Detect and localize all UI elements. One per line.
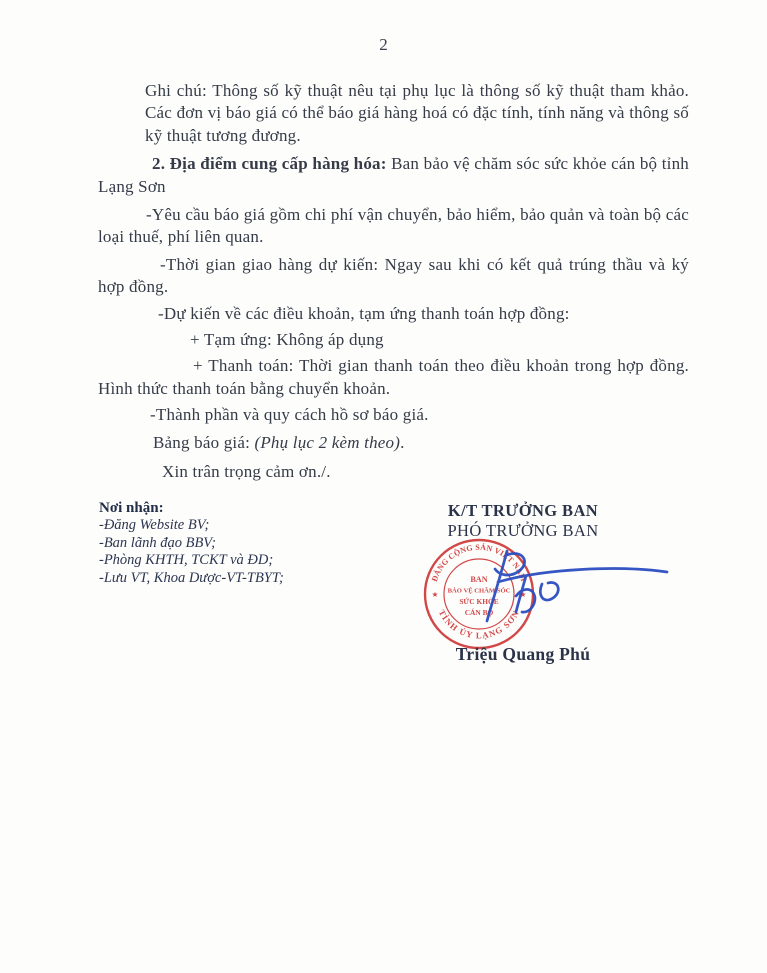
contract-terms-paragraph: -Dự kiến về các điều khoản, tạm ứng than…	[98, 303, 689, 325]
price-table-paragraph: Bảng báo giá: (Phụ lục 2 kèm theo).	[98, 432, 689, 454]
note-paragraph: Ghi chú: Thông số kỹ thuật nêu tại phụ l…	[145, 80, 689, 147]
recipient-item: -Ban lãnh đạo BBV;	[99, 535, 399, 553]
recipient-item: -Đăng Website BV;	[99, 517, 399, 535]
signature-loop-stroke	[495, 553, 525, 575]
quote-requirement-paragraph: -Yêu cầu báo giá gồm chi phí vận chuyển,…	[98, 204, 689, 249]
signature-o-stroke	[540, 583, 558, 601]
payment-terms-paragraph: + Thanh toán: Thời gian thanh toán theo …	[98, 355, 689, 400]
price-table-appendix-ref: (Phụ lục 2 kèm theo)	[254, 433, 400, 452]
delivery-location-paragraph: 2. Địa điểm cung cấp hàng hóa: Ban bảo v…	[98, 153, 689, 198]
recipient-item: -Lưu VT, Khoa Dược-VT-TBYT;	[99, 570, 399, 588]
delivery-location-heading: 2. Địa điểm cung cấp hàng hóa:	[152, 154, 387, 173]
signer-name: Triệu Quang Phú	[418, 644, 628, 665]
signature-flourish-stroke	[498, 569, 667, 582]
closing-thanks-paragraph: Xin trân trọng cảm ơn./.	[98, 461, 689, 483]
signer-role-delegation: K/T TRƯỞNG BAN	[418, 501, 628, 521]
signature-stem-stroke	[487, 551, 507, 621]
recipient-item: -Phòng KHTH, TCKT và ĐD;	[99, 552, 399, 570]
document-body: Ghi chú: Thông số kỹ thuật nêu tại phụ l…	[98, 80, 689, 484]
dossier-paragraph: -Thành phần và quy cách hồ sơ báo giá.	[98, 404, 689, 426]
scanned-document-page: 2 Ghi chú: Thông số kỹ thuật nêu tại phụ…	[0, 0, 767, 973]
page-number: 2	[0, 35, 767, 55]
price-table-label: Bảng báo giá:	[153, 433, 254, 452]
delivery-time-paragraph: -Thời gian giao hàng dự kiến: Ngay sau k…	[98, 254, 689, 299]
signature-handwriting-icon	[438, 538, 678, 638]
recipients-label: Nơi nhận:	[99, 500, 399, 517]
price-table-period: .	[400, 433, 404, 452]
signature-h-stroke	[516, 576, 535, 612]
advance-payment-paragraph: + Tạm ứng: Không áp dụng	[98, 329, 689, 351]
recipients-block: Nơi nhận: -Đăng Website BV; -Ban lãnh đạ…	[99, 500, 399, 587]
